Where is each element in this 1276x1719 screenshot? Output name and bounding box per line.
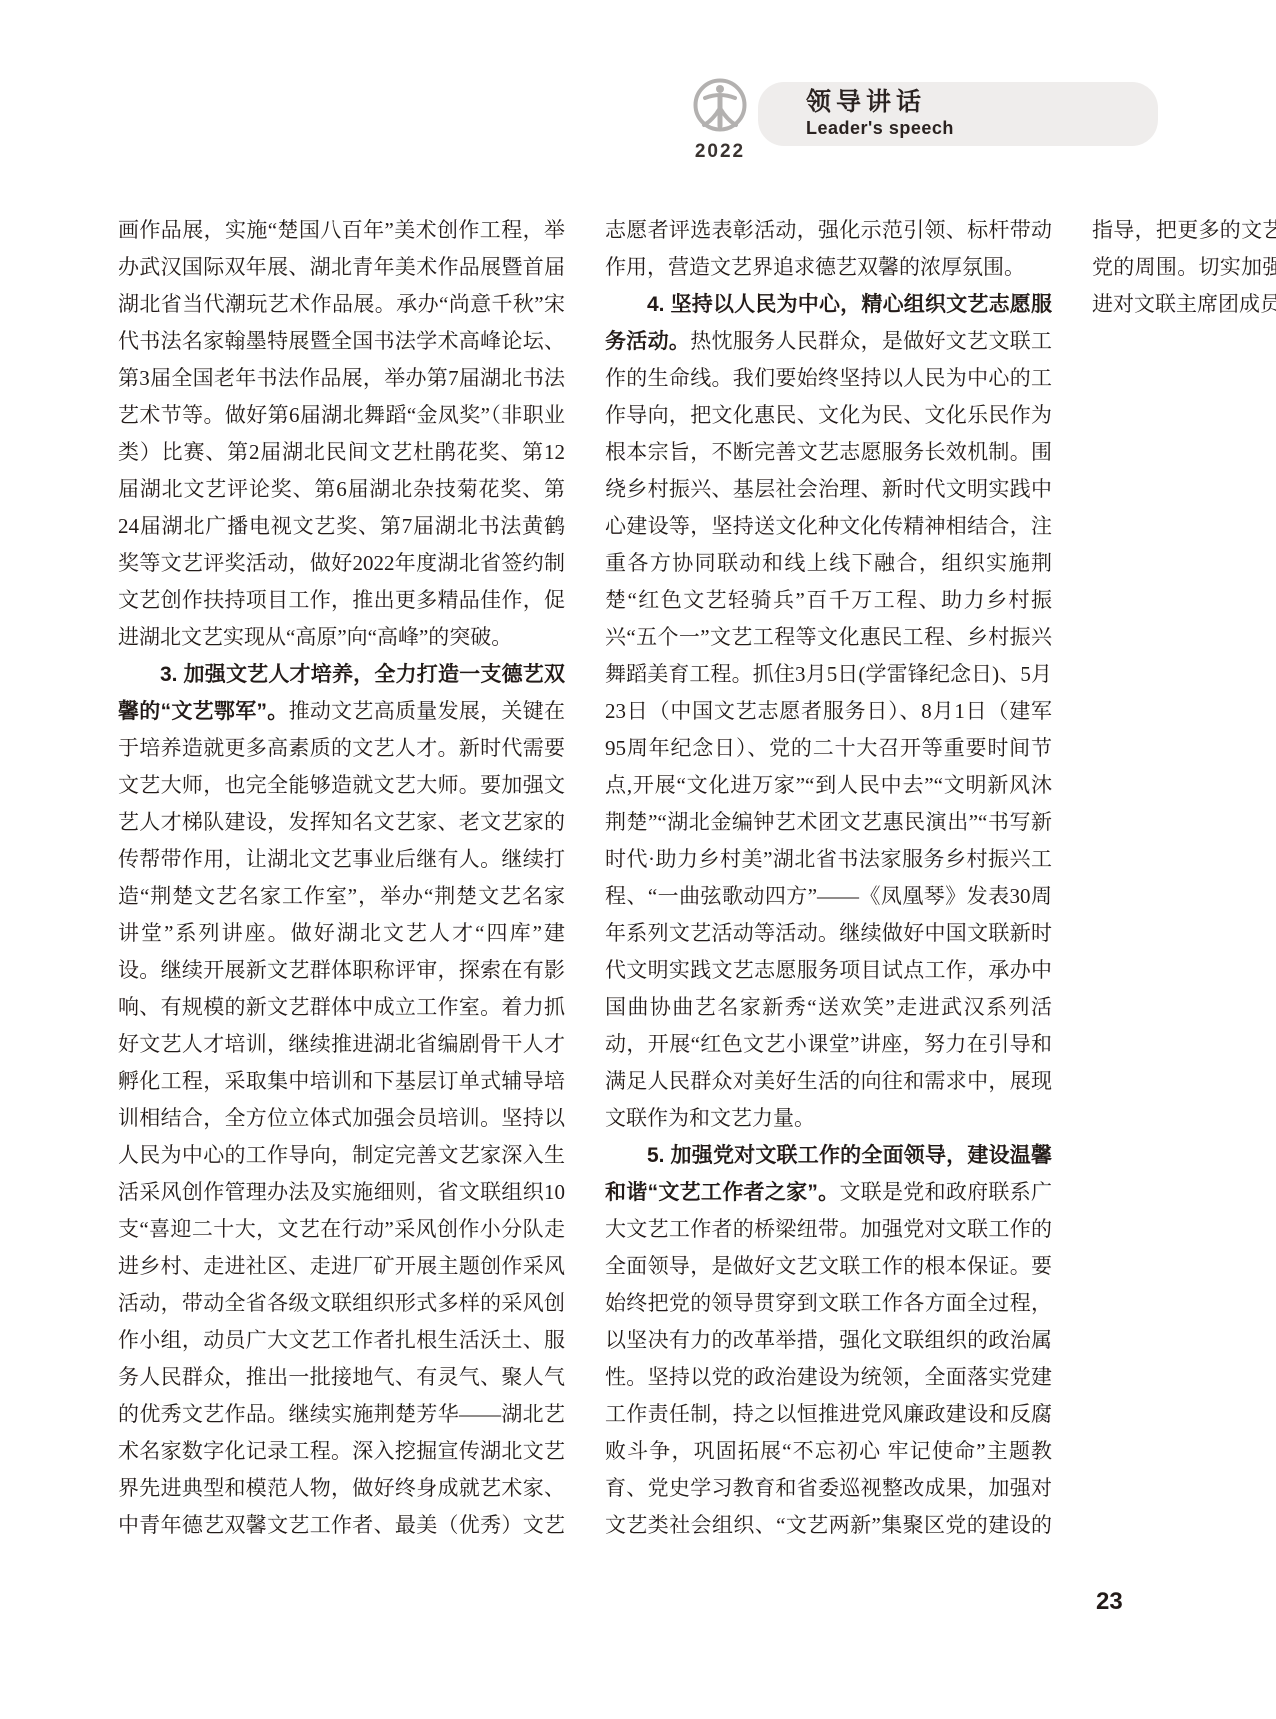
section-subtitle: Leader's speech (806, 116, 1158, 140)
paragraph-text: 热忱服务人民群众，是做好文艺文联工作的生命线。我们要始终坚持以人民为中心的工作导… (605, 329, 1052, 1130)
logo-year-label: 2022 (688, 141, 752, 163)
page-number: 23 (1096, 1588, 1123, 1616)
section-title: 领导讲话 (806, 88, 1158, 116)
paragraph-item-4: 4. 坚持以人民为中心，精心组织文艺志愿服务活动。热忱服务人民群众，是做好文艺文… (605, 286, 1052, 1137)
magazine-page: 2022 领导讲话 Leader's speech 画作品展，实施“楚国八百年”… (0, 0, 1276, 1719)
paragraph-text: 画作品展，实施“楚国八百年”美术创作工程，举办武汉国际双年展、湖北青年美术作品展… (118, 218, 565, 649)
article-columns: 画作品展，实施“楚国八百年”美术创作工程，举办武汉国际双年展、湖北青年美术作品展… (118, 212, 1052, 1557)
federation-logo-icon (691, 121, 749, 138)
paragraph-continuation: 画作品展，实施“楚国八百年”美术创作工程，举办武汉国际双年展、湖北青年美术作品展… (118, 212, 565, 656)
header-logo: 2022 (688, 76, 752, 163)
section-badge: 领导讲话 Leader's speech (758, 82, 1158, 146)
